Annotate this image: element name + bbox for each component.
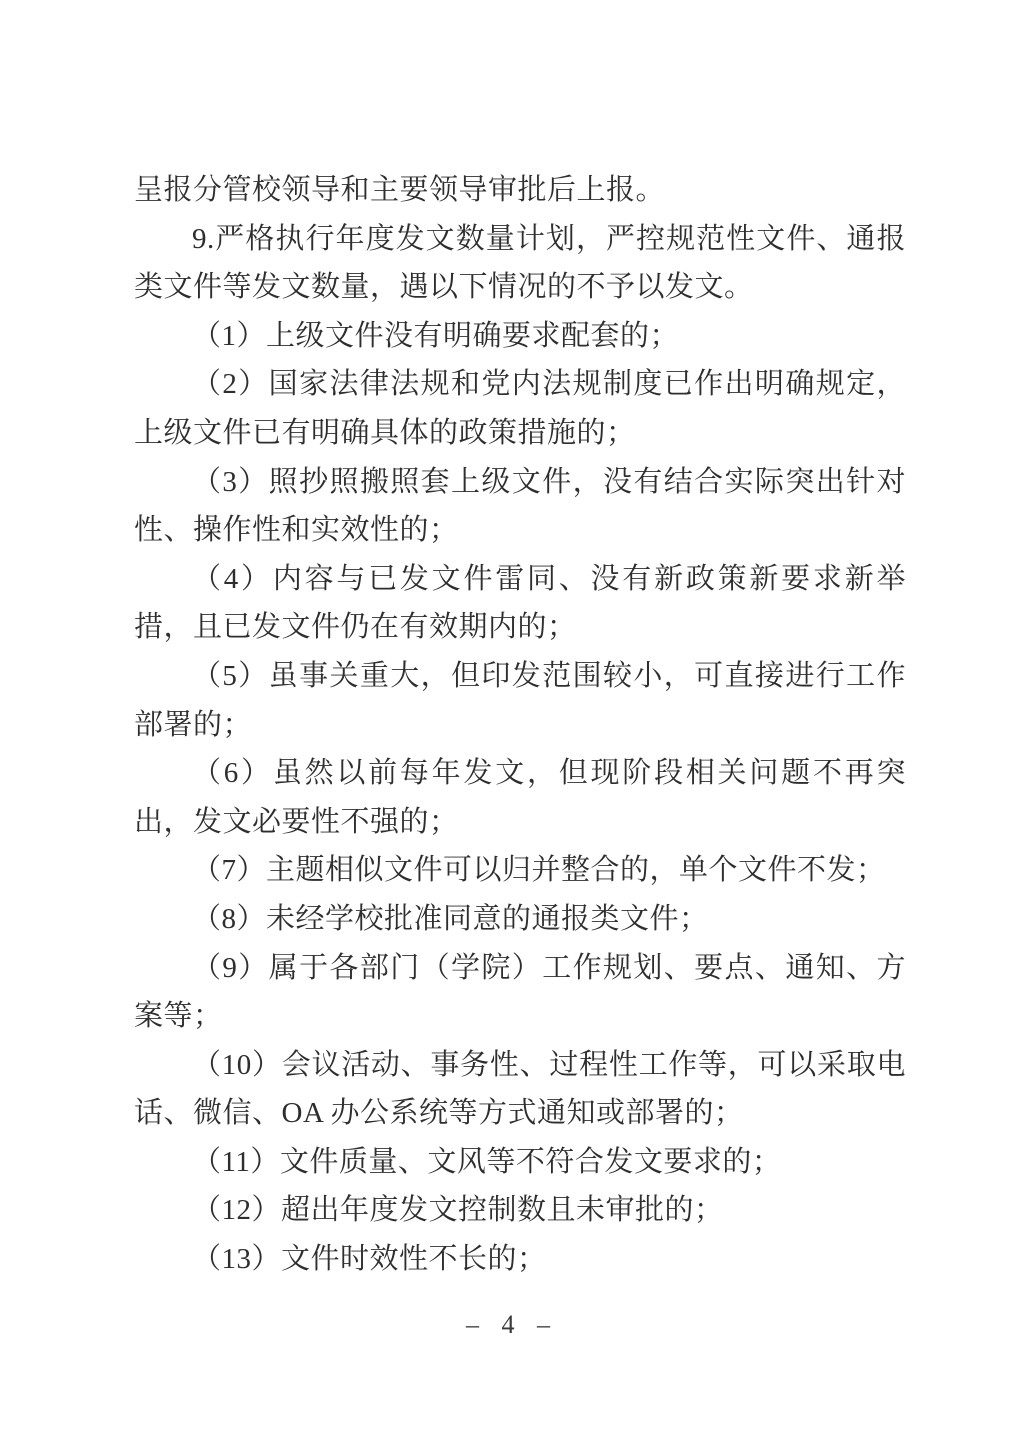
paragraph-sub-12: （12）超出年度发文控制数且未审批的； bbox=[134, 1186, 906, 1235]
paragraph-sub-5: （5）虽事关重大，但印发范围较小，可直接进行工作部署的； bbox=[134, 652, 906, 749]
paragraph-item-9: 9.严格执行年度发文数量计划，严控规范性文件、通报类文件等发文数量，遇以下情况的… bbox=[134, 215, 906, 312]
paragraph-sub-8: （8）未经学校批准同意的通报类文件； bbox=[134, 895, 906, 944]
document-body: 呈报分管校领导和主要领导审批后上报。 9.严格执行年度发文数量计划，严控规范性文… bbox=[134, 166, 906, 1284]
paragraph-sub-1: （1）上级文件没有明确要求配套的； bbox=[134, 312, 906, 361]
paragraph-sub-7: （7）主题相似文件可以归并整合的，单个文件不发； bbox=[134, 846, 906, 895]
paragraph-continuation: 呈报分管校领导和主要领导审批后上报。 bbox=[134, 166, 906, 215]
paragraph-sub-3: （3）照抄照搬照套上级文件，没有结合实际突出针对性、操作性和实效性的； bbox=[134, 458, 906, 555]
paragraph-sub-2: （2）国家法律法规和党内法规制度已作出明确规定，上级文件已有明确具体的政策措施的… bbox=[134, 360, 906, 457]
paragraph-sub-11: （11）文件质量、文风等不符合发文要求的； bbox=[134, 1138, 906, 1187]
paragraph-sub-9: （9）属于各部门（学院）工作规划、要点、通知、方案等； bbox=[134, 944, 906, 1041]
page-number: – 4 – bbox=[0, 1310, 1024, 1340]
paragraph-sub-4: （4）内容与已发文件雷同、没有新政策新要求新举措，且已发文件仍在有效期内的； bbox=[134, 555, 906, 652]
document-page: 呈报分管校领导和主要领导审批后上报。 9.严格执行年度发文数量计划，严控规范性文… bbox=[0, 0, 1024, 1448]
paragraph-sub-13: （13）文件时效性不长的； bbox=[134, 1235, 906, 1284]
paragraph-sub-10: （10）会议活动、事务性、过程性工作等，可以采取电话、微信、OA 办公系统等方式… bbox=[134, 1041, 906, 1138]
paragraph-sub-6: （6）虽然以前每年发文，但现阶段相关问题不再突出，发文必要性不强的； bbox=[134, 749, 906, 846]
